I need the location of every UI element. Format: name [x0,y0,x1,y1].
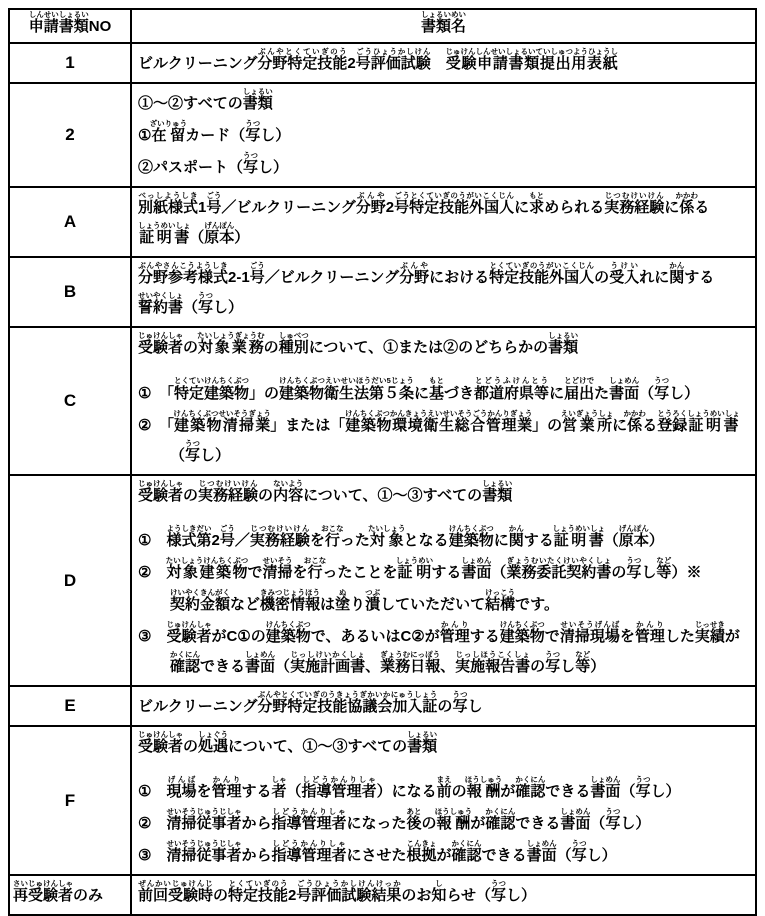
doc-line: ビルクリーニング分野特定技能協議会加入証ぶんやとくていぎのうきょうぎかいかにゅう… [138,690,749,722]
table-row-E: Eビルクリーニング分野特定技能協議会加入証ぶんやとくていぎのうきょうぎかいかにゅ… [9,686,756,726]
doc-no-cell-B: B [9,257,131,327]
doc-name-cell-B: 分野参考様式ぶんやさんこうようしき2-1号ごう／ビルクリーニング分野ぶんやにおけ… [131,257,756,327]
table-row-D: D受験者じゅけんしゃの実務経験じつむけいけんの内容ないようについて、①～③すべて… [9,475,756,686]
doc-line: 別紙様式べっしようしき1号ごう／ビルクリーニング分野ぶんや2号特定技能外国人ごう… [138,191,749,253]
line-gap [138,762,749,775]
table-row-B: B分野参考様式ぶんやさんこうようしき2-1号ごう／ビルクリーニング分野ぶんやにお… [9,257,756,327]
doc-name-cell-F: 受験者じゅけんしゃの処遇しょぐうについて、①～③すべての書類しょるい① 現場げん… [131,726,756,875]
doc-line: ③ 受験者じゅけんしゃがC①の建築物けんちくぶつで、あるいはC②が管理かんりする… [138,620,749,682]
doc-no-cell-E: E [9,686,131,726]
doc-line: 受験者じゅけんしゃの処遇しょぐうについて、①～③すべての書類しょるい [138,730,749,762]
header-row: 申請書類しんせいしょるいNO 書類名しょるいめい [9,9,756,43]
doc-name-cell-A: 別紙様式べっしようしき1号ごう／ビルクリーニング分野ぶんや2号特定技能外国人ごう… [131,187,756,257]
doc-line: ③ 清掃従事者せいそうじゅうじしゃから指導管理者しどうかんりしゃにさせた根拠こん… [138,839,749,871]
doc-line: ① 「特定建築物とくていけんちくぶつ」の建築物衛生法第５条けんちくぶつえいせいほ… [138,376,749,409]
doc-name-cell-retaker: 前回受験時ぜんかいじゅけんじの特定技能とくていぎのう2号評価試験結果ごうひょうか… [131,875,756,915]
table-row-C: C受験者じゅけんしゃの対象業務たいしょうぎょうむの種別しゅべつについて、①または… [9,327,756,475]
doc-line: 受験者じゅけんしゃの対象業務たいしょうぎょうむの種別しゅべつについて、①または②… [138,331,749,363]
table-body: 1ビルクリーニング分野特定技能ぶんやとくていぎのう2号評価試験ごうひょうかしけん… [9,43,756,915]
doc-name-cell-E: ビルクリーニング分野特定技能協議会加入証ぶんやとくていぎのうきょうぎかいかにゅう… [131,686,756,726]
doc-line: ①～②すべての書類しょるい [138,87,749,119]
doc-line: ② 清掃従事者せいそうじゅうじしゃから指導管理者しどうかんりしゃになった後あとの… [138,807,749,839]
doc-line: 受験者じゅけんしゃの実務経験じつむけいけんの内容ないようについて、①～③すべての… [138,479,749,511]
doc-no-cell-F: F [9,726,131,875]
doc-no-cell-1: 1 [9,43,131,83]
document-page: 申請書類しんせいしょるいNO 書類名しょるいめい 1ビルクリーニング分野特定技能… [0,0,765,916]
doc-line: ② 「建築物清掃業けんちくぶつせいそうぎょう」または「建築物環境衛生総合管理業け… [138,409,749,471]
doc-no-cell-2: 2 [9,83,131,187]
table-row-retaker: 再受験者さいじゅけんしゃのみ前回受験時ぜんかいじゅけんじの特定技能とくていぎのう… [9,875,756,915]
doc-line: ①在留ざいりゅうカード（写うつし） [138,119,749,151]
doc-no-cell-retaker: 再受験者さいじゅけんしゃのみ [9,875,131,915]
doc-name-cell-2: ①～②すべての書類しょるい①在留ざいりゅうカード（写うつし）②パスポート（写うつ… [131,83,756,187]
doc-line: 契約金額けいやくきんがくなど機密情報きみつじょうほうは塗ぬり潰つぶしていただいて… [138,588,749,620]
doc-no-cell-A: A [9,187,131,257]
doc-line: ① 現場げんばを管理かんりする者しゃ（指導管理者しどうかんりしゃ）になる前まえの… [138,775,749,807]
doc-name-cell-1: ビルクリーニング分野特定技能ぶんやとくていぎのう2号評価試験ごうひょうかしけん … [131,43,756,83]
table-row-2: 2①～②すべての書類しょるい①在留ざいりゅうカード（写うつし）②パスポート（写う… [9,83,756,187]
doc-line: 分野参考様式ぶんやさんこうようしき2-1号ごう／ビルクリーニング分野ぶんやにおけ… [138,261,749,323]
doc-name-cell-C: 受験者じゅけんしゃの対象業務たいしょうぎょうむの種別しゅべつについて、①または②… [131,327,756,475]
doc-no-cell-C: C [9,327,131,475]
header-cell-doc-name: 書類名しょるいめい [131,9,756,43]
doc-line: 前回受験時ぜんかいじゅけんじの特定技能とくていぎのう2号評価試験結果ごうひょうか… [138,879,749,911]
document-table: 申請書類しんせいしょるいNO 書類名しょるいめい 1ビルクリーニング分野特定技能… [8,8,757,916]
header-cell-doc-no: 申請書類しんせいしょるいNO [9,9,131,43]
doc-line: ② 対象建築物たいしょうけんちくぶつで清掃せいそうを行おこなったことを証明しょう… [138,556,749,588]
doc-name-cell-D: 受験者じゅけんしゃの実務経験じつむけいけんの内容ないようについて、①～③すべての… [131,475,756,686]
line-gap [138,511,749,524]
doc-line: ① 様式第ようしきだい2号ごう／実務経験じつむけいけんを行おこなった対象たいしょ… [138,524,749,556]
doc-no-cell-D: D [9,475,131,686]
table-row-A: A別紙様式べっしようしき1号ごう／ビルクリーニング分野ぶんや2号特定技能外国人ご… [9,187,756,257]
doc-line: ビルクリーニング分野特定技能ぶんやとくていぎのう2号評価試験ごうひょうかしけん … [138,47,749,79]
table-row-F: F受験者じゅけんしゃの処遇しょぐうについて、①～③すべての書類しょるい① 現場げ… [9,726,756,875]
table-row-1: 1ビルクリーニング分野特定技能ぶんやとくていぎのう2号評価試験ごうひょうかしけん… [9,43,756,83]
doc-line: ②パスポート（写うつし） [138,151,749,183]
table-header: 申請書類しんせいしょるいNO 書類名しょるいめい [9,9,756,43]
line-gap [138,363,749,376]
